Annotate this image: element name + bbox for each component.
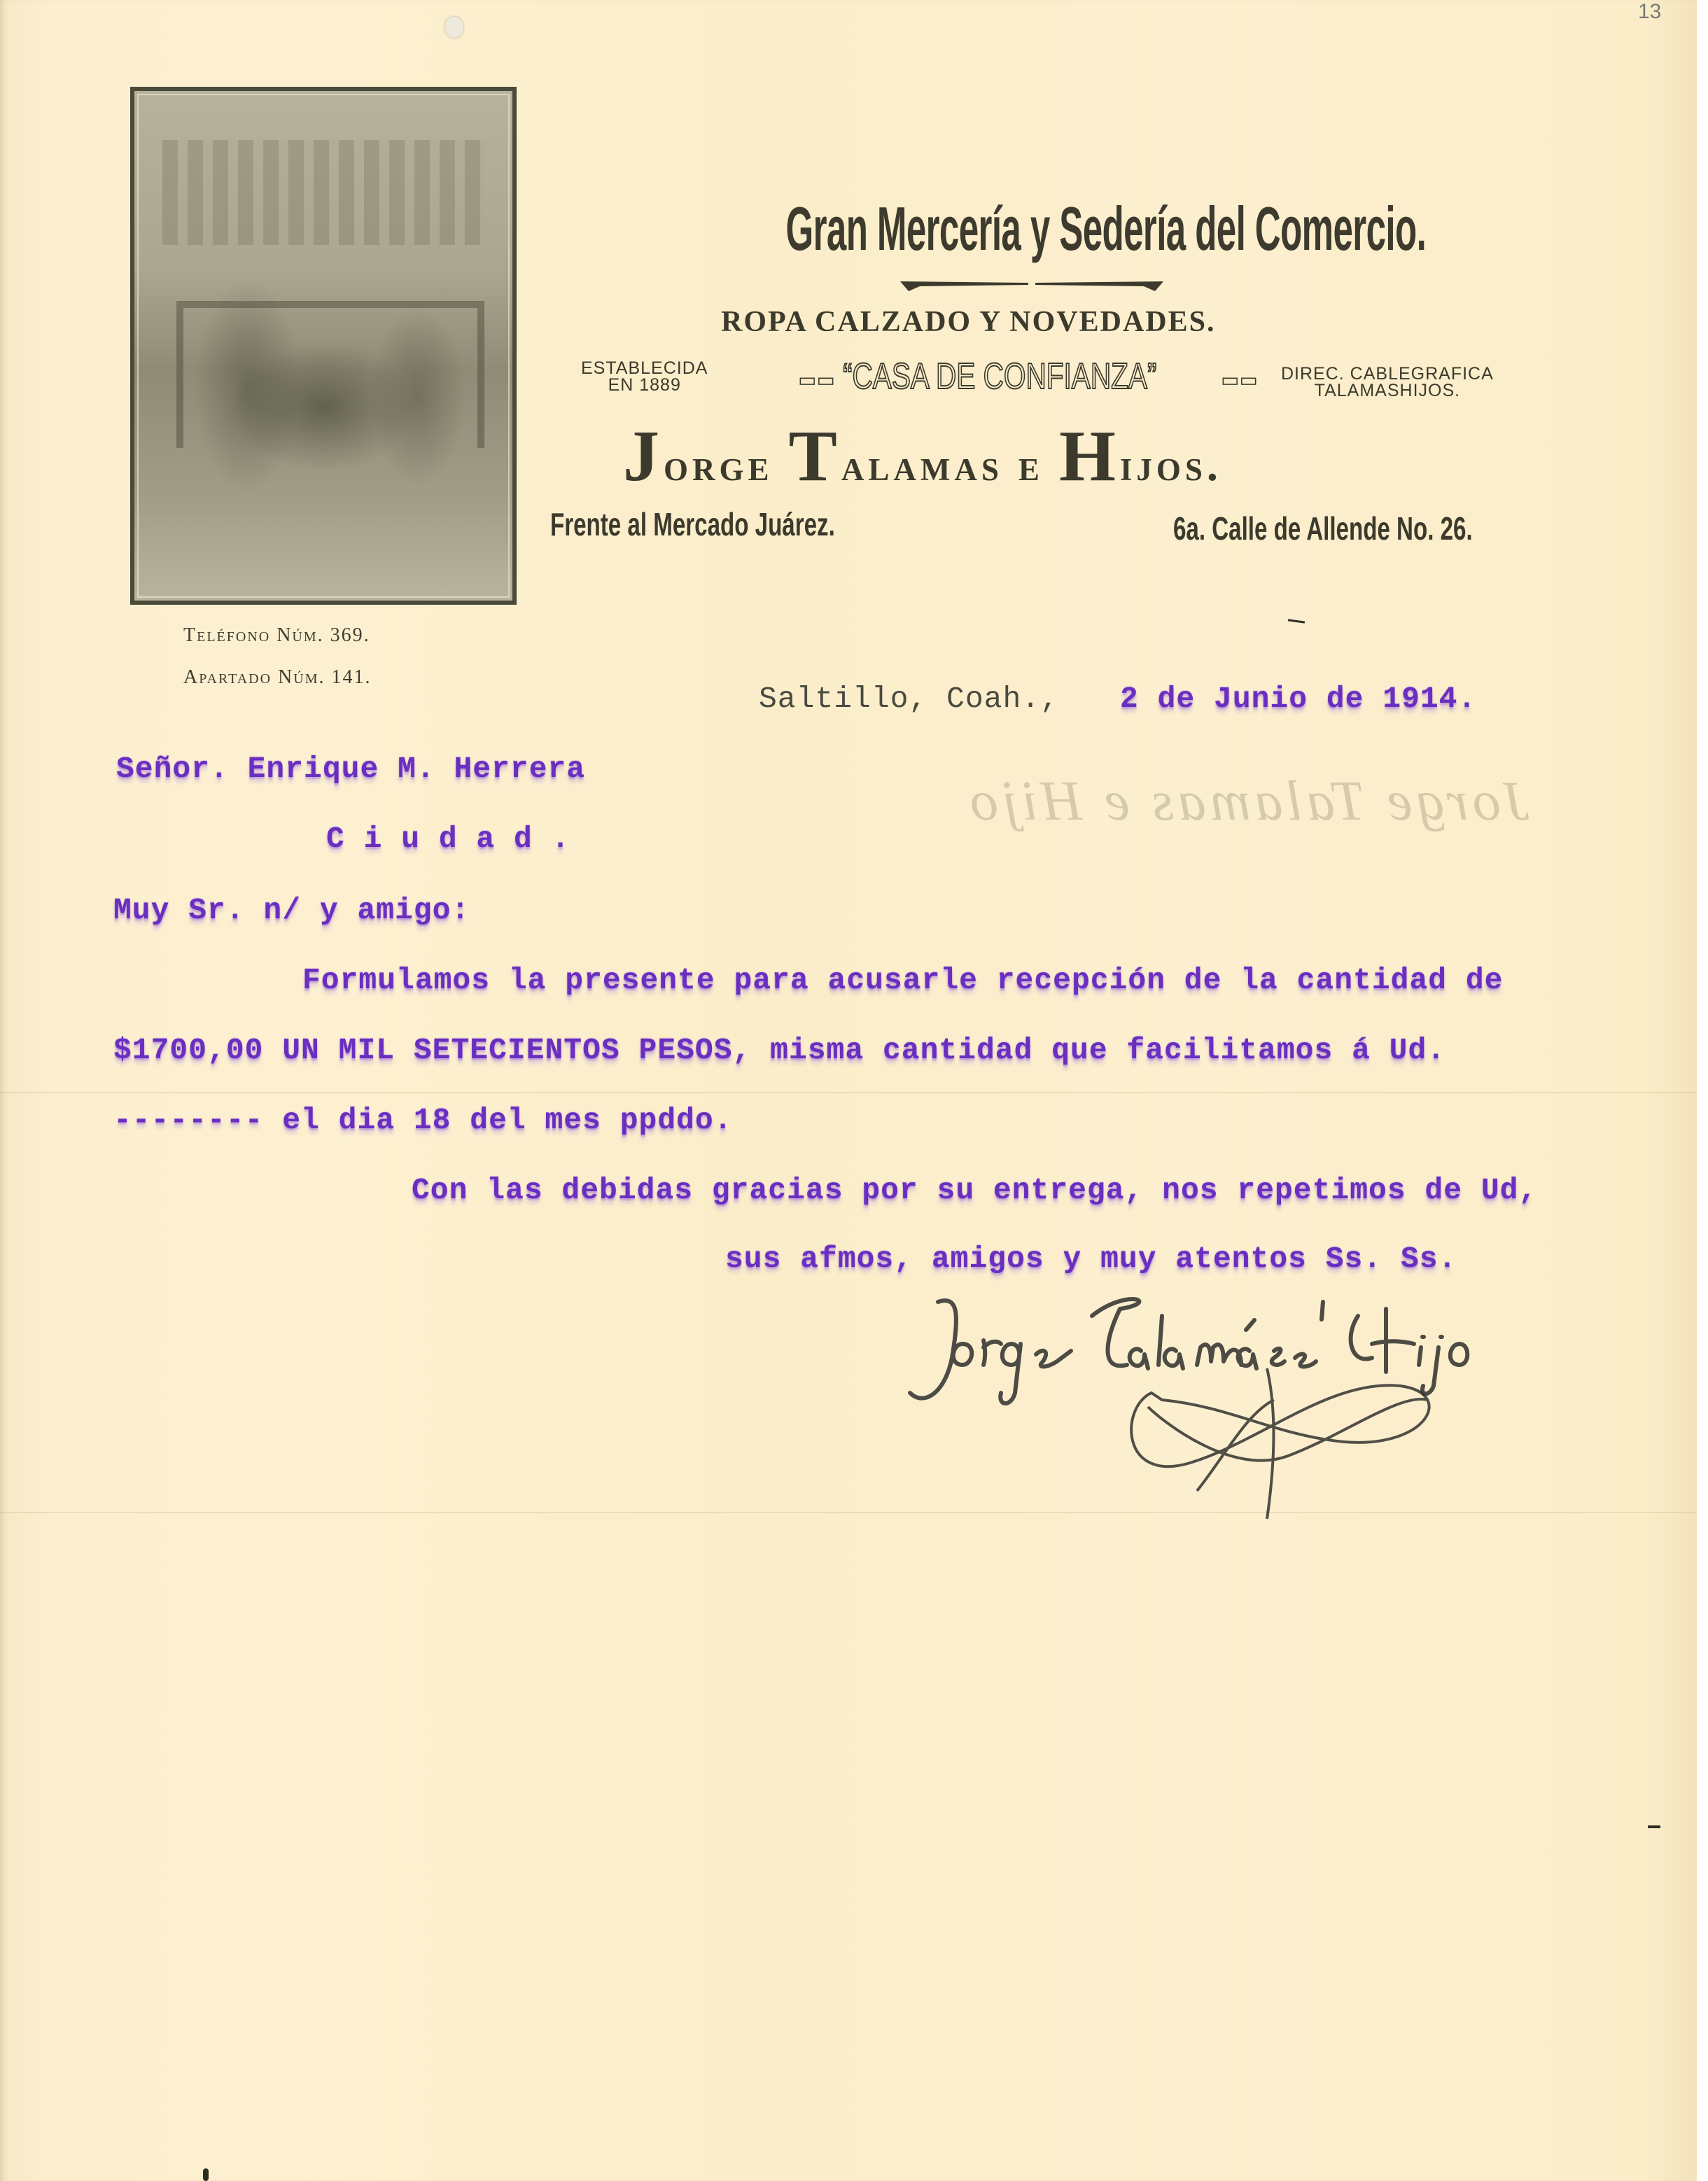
stray-ink-mark	[203, 2168, 209, 2181]
firm-name-initial: H	[1059, 416, 1120, 496]
letter-place: Saltillo, Coah.,	[759, 682, 1059, 716]
stray-ink-mark	[1648, 1825, 1660, 1828]
firm-name-word: orge	[664, 440, 773, 490]
established-line-1: ESTABLECIDA	[581, 360, 708, 377]
salutation: Muy Sr. n/ y amigo:	[113, 893, 470, 927]
established-date: ESTABLECIDA EN 1889	[581, 360, 708, 393]
closing-line-2: sus afmos, amigos y muy atentos Ss. Ss.	[725, 1242, 1457, 1276]
firm-name-word: e	[1018, 440, 1044, 490]
addressee-city: C i u d a d .	[326, 822, 570, 856]
paper-fold-line	[0, 1092, 1697, 1093]
body-line-3: -------- el dia 18 del mes ppddo.	[113, 1103, 733, 1137]
store-entrance	[176, 301, 484, 448]
po-box-number: Apartado Núm. 141.	[183, 666, 371, 689]
separator-icon: ▭▭	[1221, 368, 1258, 391]
addressee-name: Señor. Enrique M. Herrera	[116, 752, 585, 786]
firm-name: Jorge Talamas e Hijos.	[623, 414, 1222, 498]
storefront-photo	[130, 87, 517, 605]
stray-ink-mark	[1288, 619, 1305, 623]
body-line-2: $1700,00 UN MIL SETECIENTOS PESOS, misma…	[113, 1033, 1445, 1067]
firm-name-word: alamas	[841, 440, 1003, 490]
firm-name-initial: J	[623, 416, 664, 496]
letter-paper: 13 Teléfono Núm. 369. Apartado Núm. 141.…	[0, 0, 1697, 2181]
street-address: 6a. Calle de Allende No. 26.	[1173, 510, 1473, 547]
ghost-ink-transfer: Jorge Talamas e Hijo	[966, 770, 1529, 834]
cable-address-line-2: TALAMASHIJOS.	[1281, 382, 1494, 399]
separator-icon: ▭▭	[798, 368, 835, 391]
business-subtitle: ROPA CALZADO Y NOVEDADES.	[721, 305, 1216, 339]
established-line-2: EN 1889	[581, 377, 708, 393]
firm-name-word: ijos.	[1120, 440, 1222, 490]
telephone-number: Teléfono Núm. 369.	[183, 624, 370, 647]
archive-page-number: 13	[1638, 0, 1661, 24]
body-line-1: Formulamos la presente para acusarle rec…	[302, 963, 1503, 997]
ornament-divider-icon	[899, 280, 1165, 294]
closing-line-1: Con las debidas gracias por su entrega, …	[412, 1173, 1537, 1207]
cable-address: DIREC. CABLEGRAFICA TALAMASHIJOS.	[1281, 365, 1494, 399]
letter-date: 2 de Junio de 1914.	[1120, 682, 1476, 716]
punch-hole	[445, 17, 463, 38]
firm-name-initial: T	[789, 416, 841, 496]
location-landmark: Frente al Mercado Juárez.	[550, 505, 835, 543]
store-sign	[162, 140, 484, 245]
cable-address-line-1: DIREC. CABLEGRAFICA	[1281, 365, 1494, 382]
handwritten-signature-icon	[896, 1274, 1582, 1526]
business-motto: “CASA DE CONFIANZA”	[843, 356, 1156, 398]
business-title: Gran Mercería y Sedería del Comercio.	[786, 193, 1294, 265]
